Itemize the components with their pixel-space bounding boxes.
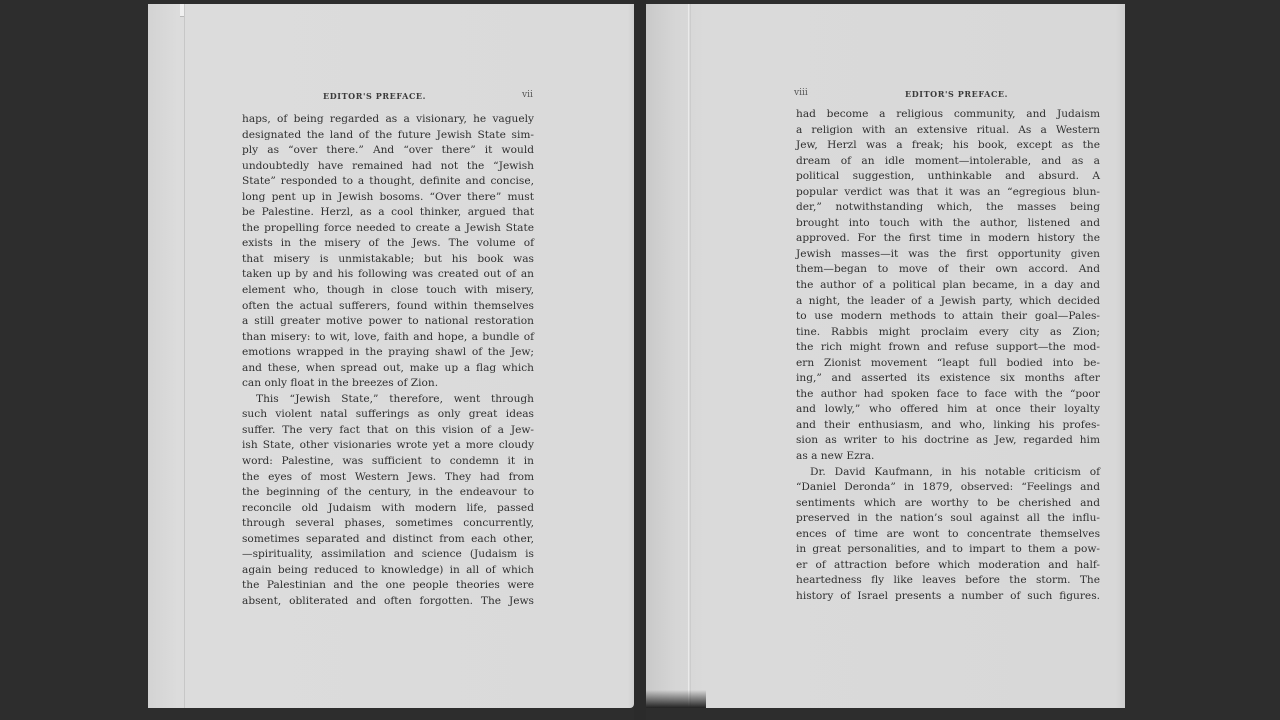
- text-line: er of attraction before which moderation…: [796, 558, 1100, 574]
- text-line: than misery: to wit, love, faith and hop…: [242, 330, 534, 346]
- text-line: State” responded to a thought, definite …: [242, 174, 534, 190]
- text-line: the rich might frown and refuse support—…: [796, 340, 1100, 356]
- text-line: and these, when spread out, make up a fl…: [242, 361, 534, 377]
- text-line: Jew, Herzl was a freak; his book, except…: [796, 138, 1100, 154]
- text-line: emotions wrapped in the praying shawl of…: [242, 345, 534, 361]
- text-line: be Palestine. Herzl, as a cool thinker, …: [242, 205, 534, 221]
- text-line: exists in the misery of the Jews. The vo…: [242, 236, 534, 252]
- text-line: ish State, other visionaries wrote yet a…: [242, 438, 534, 454]
- text-line: had become a religious community, and Ju…: [796, 107, 1100, 123]
- body-text: had become a religious community, and Ju…: [796, 107, 1100, 605]
- page-fold-line: [184, 4, 186, 708]
- text-line: Jewish masses—it was the first opportuni…: [796, 247, 1100, 263]
- text-line: long pent up in Jewish bosoms. “Over the…: [242, 190, 534, 206]
- text-line: the eyes of most Western Jews. They had …: [242, 470, 534, 486]
- text-line: again being reduced to knowledge) in all…: [242, 563, 534, 579]
- text-line: as a new Ezra.: [796, 449, 1100, 465]
- binding-edge: [688, 4, 691, 708]
- text-line: sentiments which are worthy to be cheris…: [796, 496, 1100, 512]
- text-line: can only float in the breezes of Zion.: [242, 376, 534, 392]
- text-line: taken up by and his following was create…: [242, 267, 534, 283]
- running-head: EDITOR'S PREFACE.: [905, 89, 1008, 99]
- text-line: the author of a political plan became, i…: [796, 278, 1100, 294]
- text-line: to use modern methods to attain their go…: [796, 309, 1100, 325]
- book-spine-gap: [634, 0, 646, 720]
- text-line: the beginning of the century, in the end…: [242, 485, 534, 501]
- text-line: them—began to move of their own accord. …: [796, 262, 1100, 278]
- text-line: the propelling force needed to create a …: [242, 221, 534, 237]
- text-line: brought into touch with the author, list…: [796, 216, 1100, 232]
- right-page: viii EDITOR'S PREFACE. had become a reli…: [646, 4, 1125, 708]
- text-line: a still greater motive power to national…: [242, 314, 534, 330]
- text-line: the author had spoken face to face with …: [796, 387, 1100, 403]
- text-line: political suggestion, unthinkable and ab…: [796, 169, 1100, 185]
- text-line: and lowly,” who offered him at once thei…: [796, 402, 1100, 418]
- text-line: undoubtedly have remained had not the “J…: [242, 159, 534, 175]
- text-line: absent, obliterated and often forgotten.…: [242, 594, 534, 610]
- text-line: through several phases, sometimes concur…: [242, 516, 534, 532]
- text-line: preserved in the nation’s soul against a…: [796, 511, 1100, 527]
- text-line: der,” notwithstanding which, the masses …: [796, 200, 1100, 216]
- binding-shadow: [646, 690, 706, 708]
- page-number: vii: [522, 90, 533, 100]
- text-line: and their enthusiasm, and who, linking h…: [796, 418, 1100, 434]
- page-number: viii: [794, 88, 808, 98]
- text-line: word: Palestine, was sufficient to conde…: [242, 454, 534, 470]
- text-line: tine. Rabbis might proclaim every city a…: [796, 325, 1100, 341]
- text-line: element who, though in close touch with …: [242, 283, 534, 299]
- text-line: often the actual sufferers, found within…: [242, 299, 534, 315]
- text-line: Dr. David Kaufmann, in his notable criti…: [796, 465, 1100, 481]
- text-line: This “Jewish State,” therefore, went thr…: [242, 392, 534, 408]
- text-line: a night, the leader of a Jewish party, w…: [796, 294, 1100, 310]
- text-line: ply as “over there.” And “over there” it…: [242, 143, 534, 159]
- text-line: such violent natal sufferings as only gr…: [242, 407, 534, 423]
- text-line: —spirituality, assimilation and science …: [242, 547, 534, 563]
- text-line: ing,” and asserted its existence six mon…: [796, 371, 1100, 387]
- text-line: ences of time are wont to concentrate th…: [796, 527, 1100, 543]
- running-head: EDITOR'S PREFACE.: [323, 91, 426, 101]
- text-line: sometimes separated and distinct from ea…: [242, 532, 534, 548]
- text-line: ern Zionist movement “leapt full bodied …: [796, 356, 1100, 372]
- text-line: the Palestinian and the one people theor…: [242, 578, 534, 594]
- text-line: designated the land of the future Jewish…: [242, 128, 534, 144]
- left-page: EDITOR'S PREFACE. vii haps, of being reg…: [148, 4, 634, 708]
- text-line: suffer. The very fact that on this visio…: [242, 423, 534, 439]
- body-text: haps, of being regarded as a visionary, …: [242, 112, 534, 610]
- text-line: “Daniel Deronda” in 1879, observed: “Fee…: [796, 480, 1100, 496]
- text-line: haps, of being regarded as a visionary, …: [242, 112, 534, 128]
- text-line: heartedness fly like leaves before the s…: [796, 573, 1100, 589]
- text-line: approved. For the first time in modern h…: [796, 231, 1100, 247]
- text-line: popular verdict was that it was an “egre…: [796, 185, 1100, 201]
- text-line: history of Israel presents a number of s…: [796, 589, 1100, 605]
- text-line: dream of an idle moment—intolerable, and…: [796, 154, 1100, 170]
- text-line: sion as writer to his doctrine as Jew, r…: [796, 433, 1100, 449]
- text-line: reconcile old Judaism with modern life, …: [242, 501, 534, 517]
- text-line: in great personalities, and to impart to…: [796, 542, 1100, 558]
- text-line: a religion with an extensive ritual. As …: [796, 123, 1100, 139]
- text-line: that misery is unmistakable; but his boo…: [242, 252, 534, 268]
